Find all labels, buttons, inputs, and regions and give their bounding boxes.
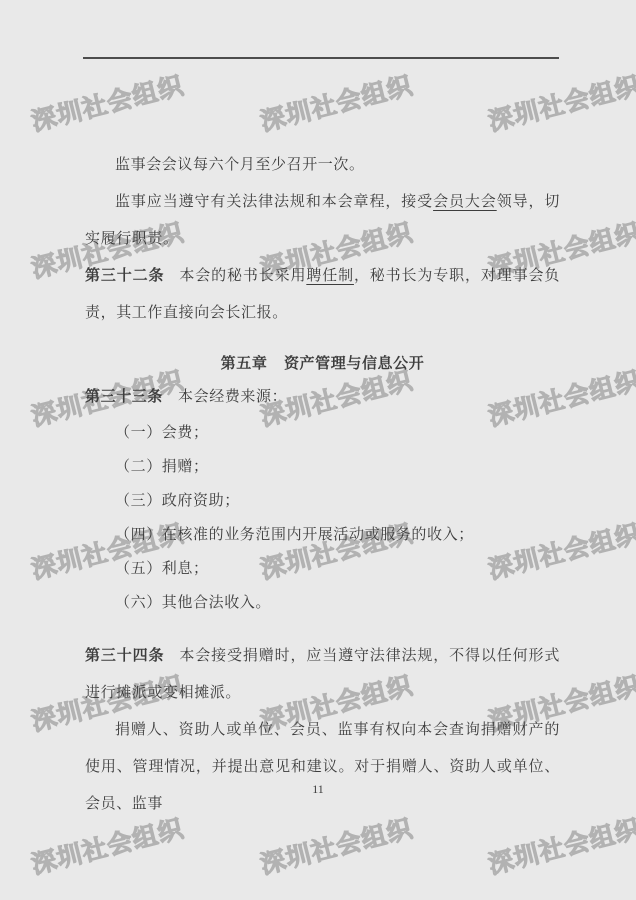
article-33-text: 本会经费来源： [178,389,287,405]
article-32-text: 本会的秘书长采用 [179,268,306,284]
watermark-text: 深圳社会组织 [476,57,636,152]
paragraph-meeting-frequency: 监事会会议每六个月至少召开一次。 [85,147,560,184]
chapter-title: 资产管理与信息公开 [284,356,424,372]
document-body: 监事会会议每六个月至少召开一次。 监事应当遵守有关法律法规和本会章程，接受会员大… [85,147,560,823]
chapter-heading: 第五章资产管理与信息公开 [85,346,560,383]
paragraph-supervisor-duty: 监事应当遵守有关法律法规和本会章程，接受会员大会领导，切实履行职责。 [85,184,560,258]
page-number: 11 [0,782,636,797]
article-34-number: 第三十四条 [85,648,164,664]
funding-source-list: （一）会费； （二）捐赠； （三）政府资助； （四）在核准的业务范围内开展活动或… [85,416,560,620]
watermark-text: 深圳社会组织 [19,57,197,152]
list-item: （三）政府资助； [85,484,560,518]
paragraph-supervisor-duty-text: 监事应当遵守有关法律法规和本会章程，接受 [115,194,433,210]
list-item: （四）在核准的业务范围内开展活动或服务的收入； [85,518,560,552]
header-rule [83,57,559,59]
article-32-number: 第三十二条 [85,268,164,284]
list-item: （六）其他合法收入。 [85,586,560,620]
underlined-appointment-system: 聘任制 [306,268,354,284]
article-34: 第三十四条本会接受捐赠时，应当遵守法律法规，不得以任何形式进行摊派或变相摊派。 [85,638,560,712]
list-item: （五）利息； [85,552,560,586]
chapter-number: 第五章 [221,356,268,372]
list-item: （二）捐赠； [85,450,560,484]
article-33: 第三十三条本会经费来源： [85,379,560,416]
underlined-member-assembly: 会员大会 [433,194,497,210]
paragraph-donation-inquiry: 捐赠人、资助人或单位、会员、监事有权向本会查询捐赠财产的使用、管理情况，并提出意… [85,712,560,823]
document-page: 深圳社会组织深圳社会组织深圳社会组织深圳社会组织深圳社会组织深圳社会组织深圳社会… [0,0,636,900]
watermark-text: 深圳社会组织 [248,57,426,152]
article-32: 第三十二条本会的秘书长采用聘任制，秘书长为专职，对理事会负责，其工作直接向会长汇… [85,258,560,332]
article-33-number: 第三十三条 [85,389,163,405]
list-item: （一）会费； [85,416,560,450]
